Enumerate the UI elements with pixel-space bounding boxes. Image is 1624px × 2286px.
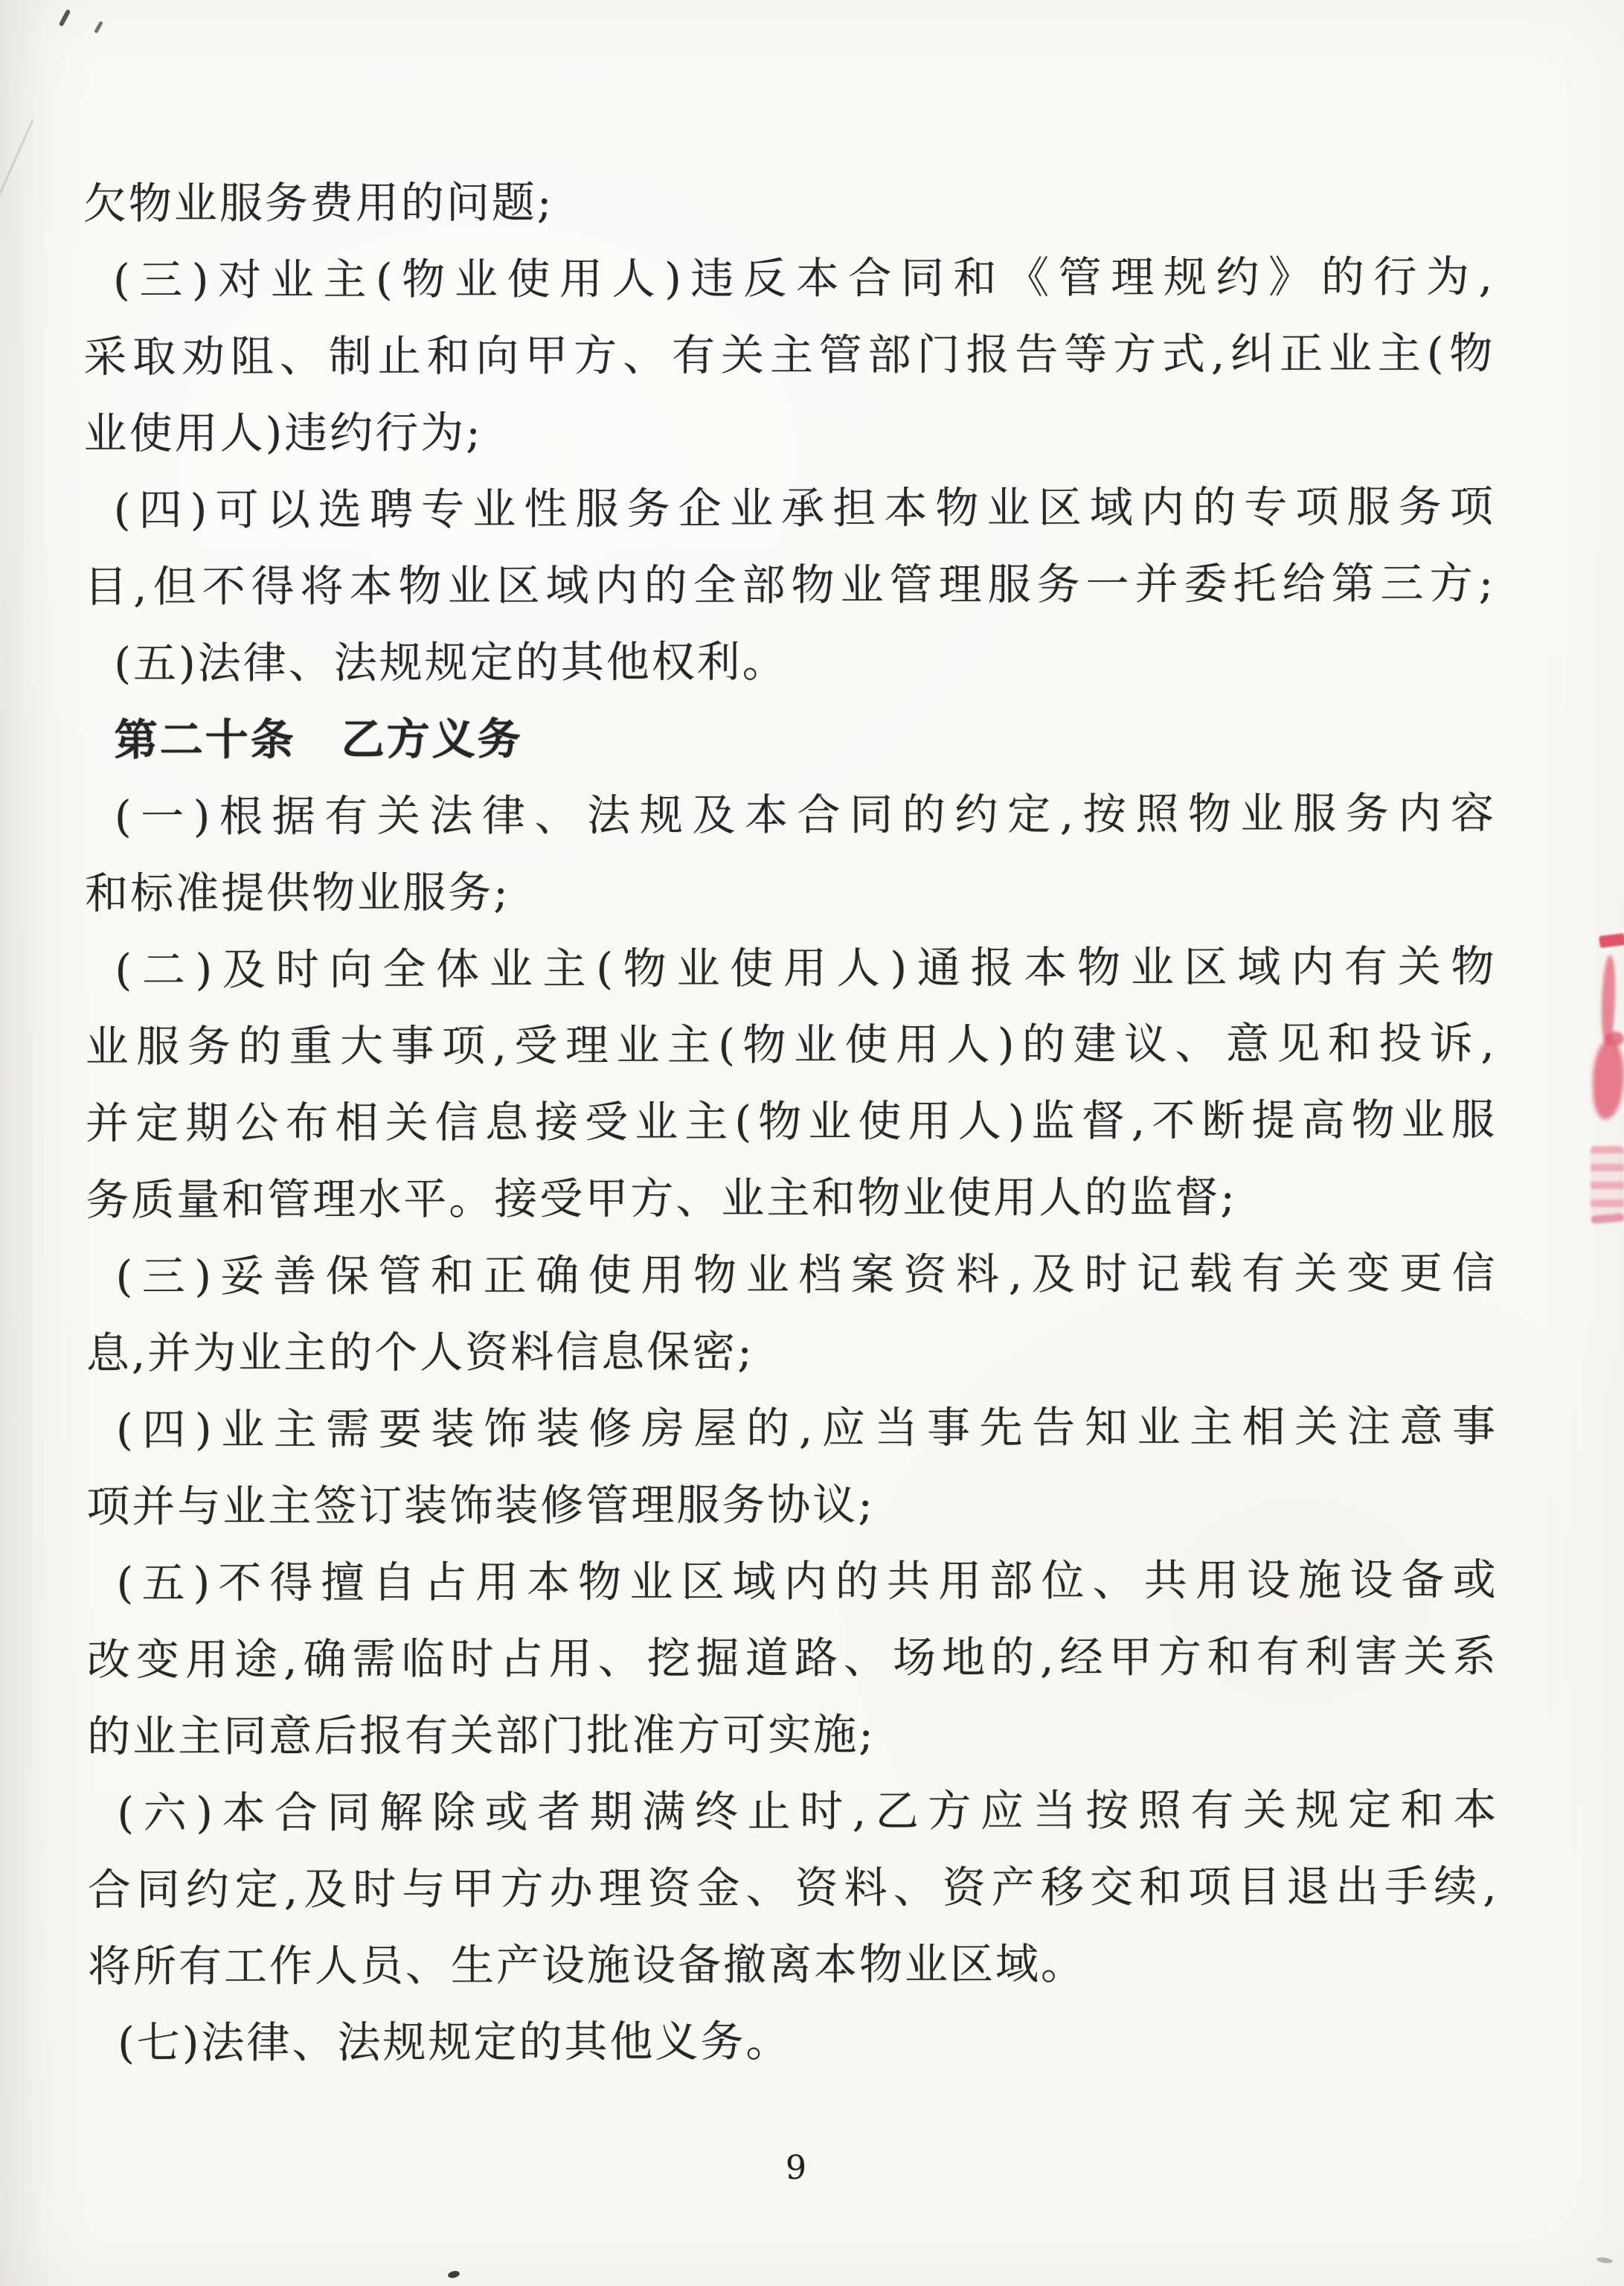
contract-line: (六)本合同解除或者期满终止时,乙方应当按照有关规定和本 [87, 1772, 1498, 1852]
contract-line: (一)根据有关法律、法规及本合同的约定,按照物业服务内容 [85, 775, 1496, 856]
contract-line: 将所有工作人员、生产设施设备撤离本物业区域。 [88, 1925, 1499, 2005]
contract-line: 合同约定,及时与甲方办理资金、资料、资产移交和项目退出手续, [88, 1848, 1499, 1929]
contract-line: (五)法律、法规规定的其他权利。 [84, 622, 1495, 702]
red-stamp-fragment [1599, 955, 1617, 1047]
contract-line: 目,但不得将本物业区域内的全部物业管理服务一并委托给第三方; [84, 545, 1495, 626]
red-stamp-fragment [1591, 1213, 1624, 1223]
paper-speck [1596, 2257, 1614, 2264]
contract-line: 业服务的重大事项,受理业主(物业使用人)的建议、意见和投诉, [86, 1005, 1497, 1086]
red-stamp-fragment [1605, 1031, 1624, 1046]
paper-smudge-mark [59, 9, 71, 27]
contract-line: 欠物业服务费用的问题; [83, 162, 1495, 243]
contract-line: 项并与业主签订装饰装修管理服务协议; [86, 1465, 1498, 1546]
contract-line: 改变用途,确需临时占用、挖掘道路、场地的,经甲方和有利害关系 [87, 1619, 1498, 1699]
contract-line: (三)对业主(物业使用人)违反本合同和《管理规约》的行为, [83, 239, 1495, 319]
contract-text: 欠物业服务费用的问题;(三)对业主(物业使用人)违反本合同和《管理规约》的行为,… [83, 162, 1500, 2082]
contract-line: 并定期公布相关信息接受业主(物业使用人)监督,不断提高物业服 [86, 1082, 1497, 1162]
contract-line: 的业主同意后报有关部门批准方可实施; [87, 1695, 1498, 1776]
contract-line: 息,并为业主的个人资料信息保密; [86, 1312, 1498, 1392]
paper-speck [447, 2270, 460, 2279]
contract-line: 和标准提供物业服务; [85, 852, 1496, 932]
contract-line: (四)可以选聘专业性服务企业承担本物业区域内的专项服务项 [84, 469, 1495, 549]
paper-smudge-mark [94, 21, 103, 33]
red-stamp-fragment [1599, 933, 1624, 948]
contract-line: (二)及时向全体业主(物业使用人)通报本物业区域内有关物 [85, 929, 1496, 1009]
contract-line: 务质量和管理水平。接受甲方、业主和物业使用人的监督; [86, 1159, 1497, 1239]
contract-line: 业使用人)违约行为; [83, 392, 1495, 473]
contract-line: (四)业主需要装饰装修房屋的,应当事先告知业主相关注意事 [86, 1389, 1498, 1469]
contract-line: (五)不得擅自占用本物业区域内的共用部位、共用设施设备或 [86, 1542, 1498, 1622]
red-stamp-fragment [1593, 1040, 1624, 1119]
contract-line: 第二十条 乙方义务 [85, 699, 1496, 779]
page-number: 9 [0, 2149, 1592, 2187]
red-stamp-fragment [1591, 1146, 1624, 1214]
contract-line: (三)妥善保管和正确使用物业档案资料,及时记载有关变更信 [86, 1235, 1497, 1316]
contract-line: (七)法律、法规规定的其他义务。 [88, 2002, 1499, 2082]
paper-scratch [0, 119, 34, 283]
contract-line: 采取劝阻、制止和向甲方、有关主管部门报告等方式,纠正业主(物 [83, 316, 1495, 396]
scanned-contract-page: 欠物业服务费用的问题;(三)对业主(物业使用人)违反本合同和《管理规约》的行为,… [0, 0, 1624, 2286]
